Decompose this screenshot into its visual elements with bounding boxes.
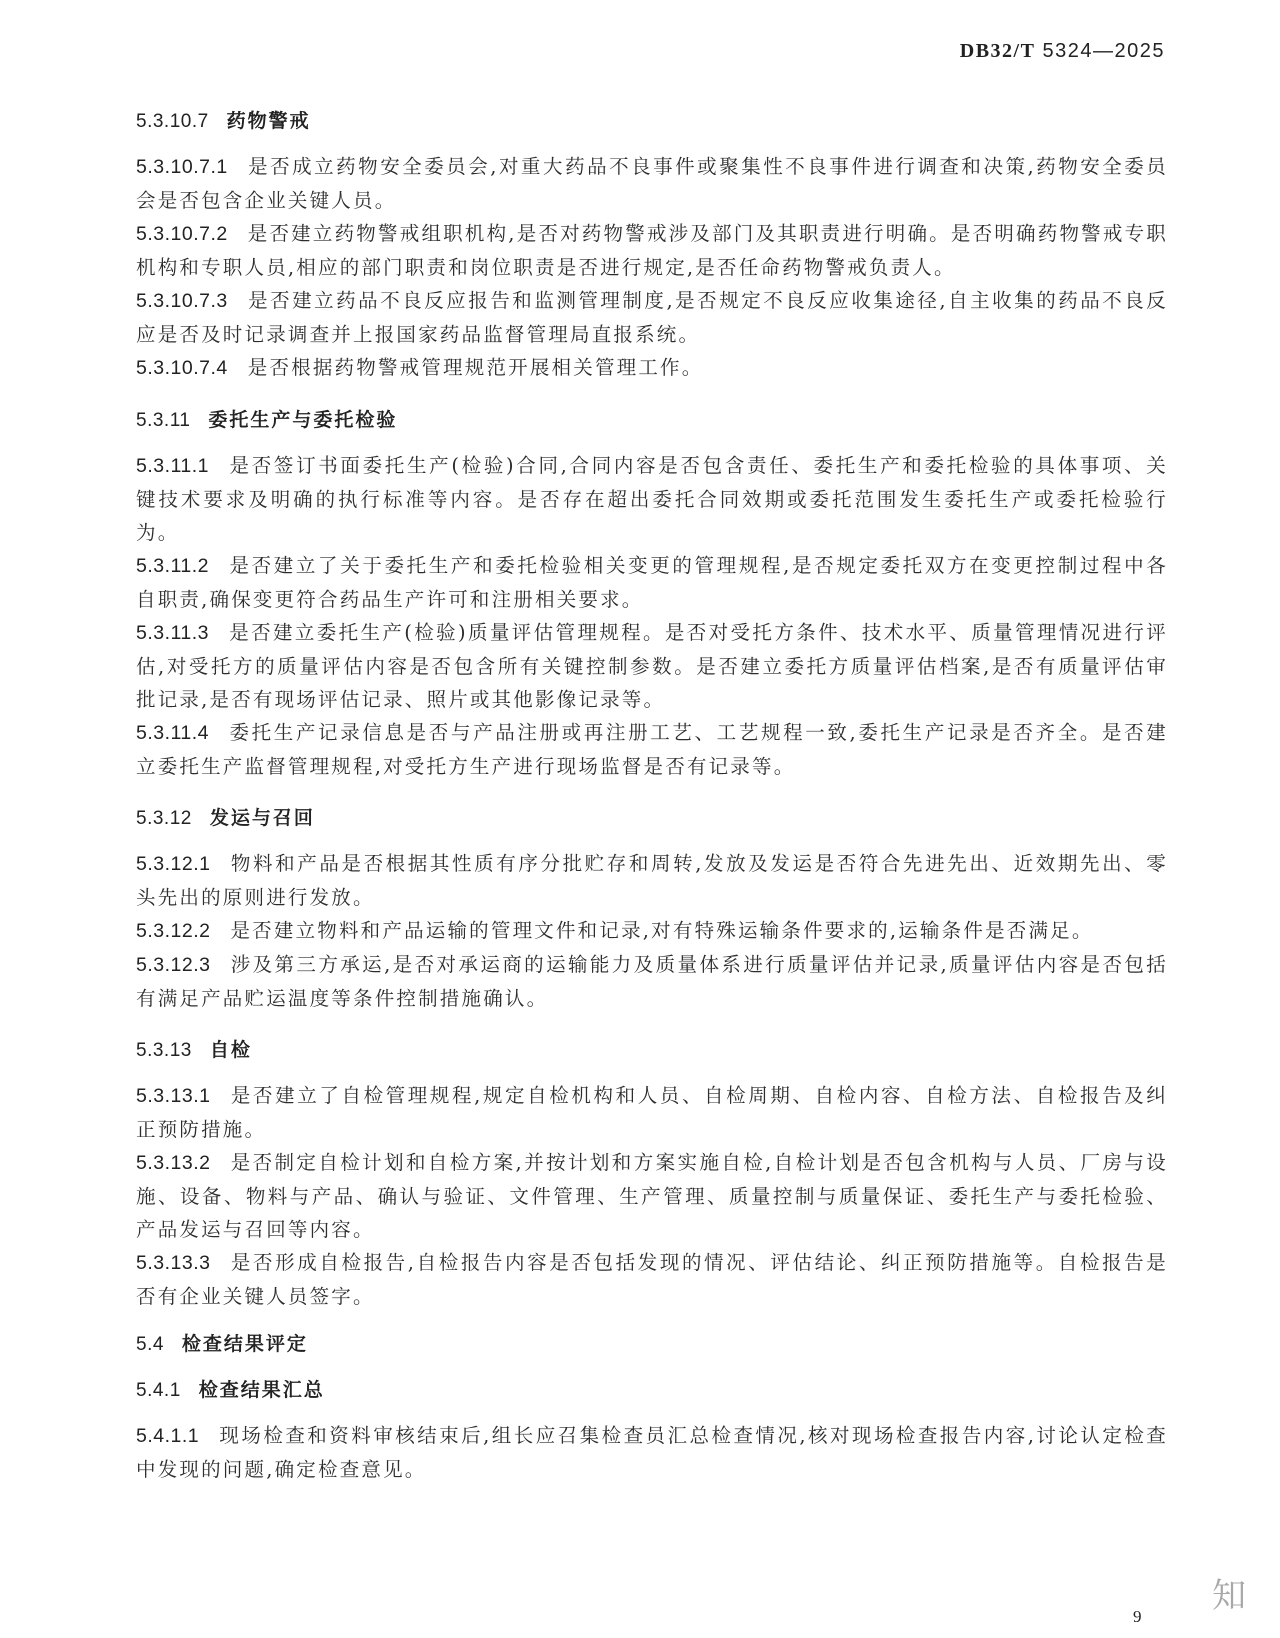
clause-number: 5.3.10.7.4 bbox=[136, 357, 228, 379]
section-number: 5.4 bbox=[136, 1328, 164, 1362]
section-title: 发运与召回 bbox=[210, 807, 315, 829]
clause-5-3-11-2: 5.3.11.2是否建立了关于委托生产和委托检验相关变更的管理规程,是否规定委托… bbox=[136, 549, 1168, 616]
clause-text: 物料和产品是否根据其性质有序分批贮存和周转,发放及发运是否符合先进先出、近效期先… bbox=[136, 852, 1168, 909]
clause-5-3-13-2: 5.3.13.2是否制定自检计划和自检方案,并按计划和方案实施自检,自检计划是否… bbox=[136, 1146, 1168, 1246]
section-number: 5.4.1 bbox=[136, 1374, 181, 1408]
clause-5-3-12-2: 5.3.12.2是否建立物料和产品运输的管理文件和记录,对有特殊运输条件要求的,… bbox=[136, 914, 1168, 948]
clause-number: 5.3.10.7.3 bbox=[136, 290, 228, 312]
section-number: 5.3.12 bbox=[136, 802, 192, 836]
clause-text: 是否建立委托生产(检验)质量评估管理规程。是否对受托方条件、技术水平、质量管理情… bbox=[136, 621, 1168, 711]
page-number: 9 bbox=[1133, 1607, 1142, 1627]
clause-number: 5.3.12.3 bbox=[136, 954, 210, 976]
clause-number: 5.3.13.3 bbox=[136, 1252, 210, 1274]
clause-text: 是否建立物料和产品运输的管理文件和记录,对有特殊运输条件要求的,运输条件是否满足… bbox=[230, 919, 1093, 942]
clause-number: 5.3.11.3 bbox=[136, 622, 209, 644]
clause-text: 是否签订书面委托生产(检验)合同,合同内容是否包含责任、委托生产和委托检验的具体… bbox=[136, 454, 1168, 544]
document-body: 5.3.10.7药物警戒 5.3.10.7.1是否成立药物安全委员会,对重大药品… bbox=[136, 104, 1168, 1486]
clause-text: 是否建立了关于委托生产和委托检验相关变更的管理规程,是否规定委托双方在变更控制过… bbox=[136, 554, 1168, 611]
clause-5-3-11-4: 5.3.11.4委托生产记录信息是否与产品注册或再注册工艺、工艺规程一致,委托生… bbox=[136, 716, 1168, 783]
clause-text: 是否根据药物警戒管理规范开展相关管理工作。 bbox=[248, 356, 704, 379]
clause-5-3-10-7-1: 5.3.10.7.1是否成立药物安全委员会,对重大药品不良事件或聚集性不良事件进… bbox=[136, 150, 1168, 217]
clause-text: 委托生产记录信息是否与产品注册或再注册工艺、工艺规程一致,委托生产记录是否齐全。… bbox=[136, 721, 1168, 778]
clause-number: 5.3.11.1 bbox=[136, 455, 209, 477]
section-number: 5.3.11 bbox=[136, 404, 190, 438]
clause-number: 5.4.1.1 bbox=[136, 1425, 199, 1447]
clause-number: 5.3.13.1 bbox=[136, 1085, 210, 1107]
clause-5-3-12-1: 5.3.12.1物料和产品是否根据其性质有序分批贮存和周转,发放及发运是否符合先… bbox=[136, 847, 1168, 914]
section-number: 5.3.10.7 bbox=[136, 105, 209, 139]
clause-5-3-11-1: 5.3.11.1是否签订书面委托生产(检验)合同,合同内容是否包含责任、委托生产… bbox=[136, 449, 1168, 549]
clause-number: 5.3.11.2 bbox=[136, 555, 209, 577]
clause-text: 涉及第三方承运,是否对承运商的运输能力及质量体系进行质量评估并记录,质量评估内容… bbox=[136, 953, 1168, 1010]
section-title: 委托生产与委托检验 bbox=[208, 409, 397, 431]
section-heading-5-3-10-7: 5.3.10.7药物警戒 bbox=[136, 104, 1168, 138]
section-heading-5-4: 5.4检查结果评定 bbox=[136, 1327, 1168, 1361]
clause-number: 5.3.12.1 bbox=[136, 853, 210, 875]
clause-5-3-10-7-2: 5.3.10.7.2是否建立药物警戒组职机构,是否对药物警戒涉及部门及其职责进行… bbox=[136, 217, 1168, 284]
clause-number: 5.3.10.7.1 bbox=[136, 156, 228, 178]
clause-5-3-13-3: 5.3.13.3是否形成自检报告,自检报告内容是否包括发现的情况、评估结论、纠正… bbox=[136, 1246, 1168, 1313]
clause-5-4-1-1: 5.4.1.1现场检查和资料审核结束后,组长应召集检查员汇总检查情况,核对现场检… bbox=[136, 1419, 1168, 1486]
section-title: 自检 bbox=[210, 1039, 252, 1061]
clause-text: 是否建立了自检管理规程,规定自检机构和人员、自检周期、自检内容、自检方法、自检报… bbox=[136, 1084, 1168, 1141]
document-code-number: 5324—2025 bbox=[1035, 40, 1165, 62]
document-code-prefix: DB32/T bbox=[960, 40, 1036, 62]
section-title: 检查结果汇总 bbox=[199, 1379, 325, 1401]
section-heading-5-3-11: 5.3.11委托生产与委托检验 bbox=[136, 403, 1168, 437]
clause-text: 是否建立药物警戒组职机构,是否对药物警戒涉及部门及其职责进行明确。是否明确药物警… bbox=[136, 222, 1168, 279]
section-title: 检查结果评定 bbox=[182, 1333, 308, 1355]
clause-number: 5.3.13.2 bbox=[136, 1152, 210, 1174]
document-code: DB32/T 5324—2025 bbox=[960, 40, 1165, 63]
clause-5-3-12-3: 5.3.12.3涉及第三方承运,是否对承运商的运输能力及质量体系进行质量评估并记… bbox=[136, 948, 1168, 1015]
clause-text: 现场检查和资料审核结束后,组长应召集检查员汇总检查情况,核对现场检查报告内容,讨… bbox=[136, 1424, 1168, 1481]
clause-5-3-10-7-4: 5.3.10.7.4是否根据药物警戒管理规范开展相关管理工作。 bbox=[136, 351, 1168, 385]
clause-text: 是否建立药品不良反应报告和监测管理制度,是否规定不良反应收集途径,自主收集的药品… bbox=[136, 289, 1168, 346]
clause-text: 是否成立药物安全委员会,对重大药品不良事件或聚集性不良事件进行调查和决策,药物安… bbox=[136, 155, 1168, 212]
clause-number: 5.3.12.2 bbox=[136, 920, 210, 942]
clause-text: 是否制定自检计划和自检方案,并按计划和方案实施自检,自检计划是否包含机构与人员、… bbox=[136, 1151, 1168, 1241]
clause-number: 5.3.10.7.2 bbox=[136, 223, 228, 245]
clause-5-3-11-3: 5.3.11.3是否建立委托生产(检验)质量评估管理规程。是否对受托方条件、技术… bbox=[136, 616, 1168, 716]
clause-number: 5.3.11.4 bbox=[136, 722, 209, 744]
section-title: 药物警戒 bbox=[227, 110, 311, 132]
watermark-logo-icon: 知 bbox=[1212, 1568, 1246, 1617]
clause-5-3-13-1: 5.3.13.1是否建立了自检管理规程,规定自检机构和人员、自检周期、自检内容、… bbox=[136, 1079, 1168, 1146]
clause-text: 是否形成自检报告,自检报告内容是否包括发现的情况、评估结论、纠正预防措施等。自检… bbox=[136, 1251, 1168, 1308]
clause-5-3-10-7-3: 5.3.10.7.3是否建立药品不良反应报告和监测管理制度,是否规定不良反应收集… bbox=[136, 284, 1168, 351]
section-number: 5.3.13 bbox=[136, 1034, 192, 1068]
section-heading-5-3-12: 5.3.12发运与召回 bbox=[136, 801, 1168, 835]
section-heading-5-3-13: 5.3.13自检 bbox=[136, 1033, 1168, 1067]
section-heading-5-4-1: 5.4.1检查结果汇总 bbox=[136, 1373, 1168, 1407]
